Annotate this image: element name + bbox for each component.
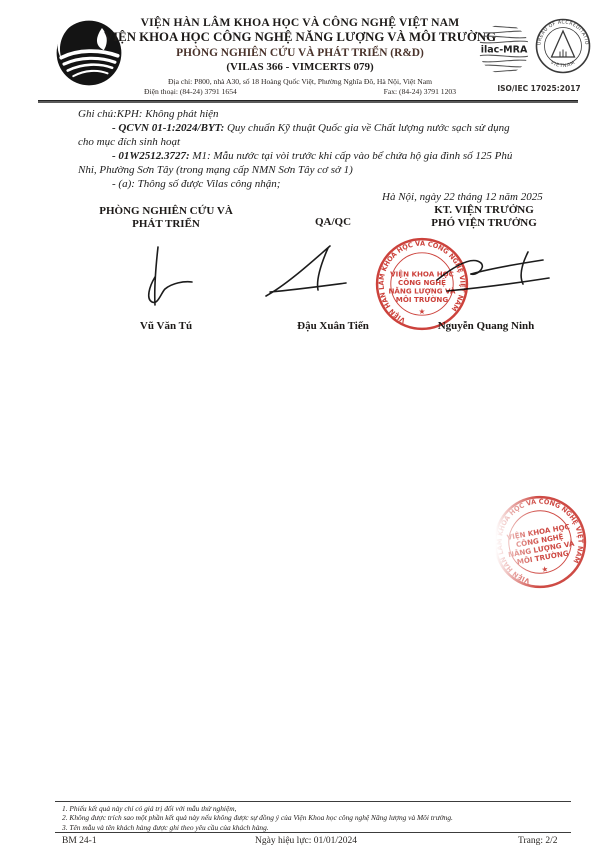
- note-sample-code: - 01W2512.3727:: [112, 150, 190, 162]
- ilac-mra-icon: ilac-MRA: [478, 23, 530, 75]
- signer-title-director: KT. VIỆN TRƯỞNG PHÓ VIỆN TRƯỞNG: [420, 204, 548, 229]
- org-name-academy: VIỆN HÀN LÂM KHOA HỌC VÀ CÔNG NGHỆ VIỆT …: [100, 16, 500, 30]
- signer-title-rnd-line1: PHÒNG NGHIÊN CỨU VÀ: [92, 205, 240, 218]
- stamp2-star-icon: ★: [541, 564, 549, 574]
- document-page: VIỆN HÀN LÂM KHOA HỌC VÀ CÔNG NGHỆ VIỆT …: [0, 0, 607, 857]
- signature-dau-xuan-tien: [258, 240, 353, 308]
- footnotes-divider: [55, 801, 571, 802]
- iso-standard-label: ISO/IEC 17025:2017: [487, 84, 591, 93]
- header-title-block: VIỆN HÀN LÂM KHOA HỌC VÀ CÔNG NGHỆ VIỆT …: [100, 16, 500, 97]
- signature-vu-van-tu: [128, 243, 208, 315]
- boa-vietnam-seal-icon: BUREAU OF ACCREDITATION VIETNAM: [534, 16, 592, 76]
- address-line: Địa chỉ: P800, nhà A30, số 18 Hoàng Quốc…: [100, 78, 500, 87]
- svg-text:VIETNAM: VIETNAM: [549, 60, 576, 70]
- contact-line: Điện thoại: (84-24) 3791 1654 Fax: (84-2…: [144, 88, 456, 97]
- signer-name-qaqc: Đậu Xuân Tiến: [283, 320, 383, 332]
- org-name-institute: VIỆN KHOA HỌC CÔNG NGHỆ NĂNG LƯỢNG VÀ MÔ…: [100, 30, 500, 45]
- signer-title-director-line2: PHÓ VIỆN TRƯỞNG: [420, 217, 548, 230]
- stamp-star-icon: ★: [419, 307, 426, 316]
- accreditation-codes: (VILAS 366 - VIMCERTS 079): [100, 61, 500, 74]
- signer-title-director-line1: KT. VIỆN TRƯỞNG: [420, 204, 548, 217]
- footnote-2: 2. Không được trích sao một phần kết quả…: [62, 813, 572, 822]
- page-number: Trang: 2/2: [518, 836, 558, 846]
- signer-title-qaqc: QA/QC: [283, 216, 383, 229]
- signer-title-rnd: PHÒNG NGHIÊN CỨU VÀ PHÁT TRIỂN: [92, 205, 240, 230]
- note-qcvn: - QCVN 01-1:2024/BYT: Quy chuẩn Kỹ thuật…: [78, 122, 548, 136]
- phone-number: Điện thoại: (84-24) 3791 1654: [144, 88, 237, 97]
- ilac-mra-label: ilac-MRA: [481, 45, 528, 56]
- boa-ring-bottom-text: VIETNAM: [549, 60, 576, 70]
- stamp-center-line1: VIỆN KHOA HỌC: [390, 269, 454, 278]
- note-sample: - 01W2512.3727: M1: Mẫu nước tại vòi trư…: [78, 150, 548, 164]
- stamp-center-line2: CÔNG NGHỆ: [398, 278, 446, 287]
- note-sample-text: M1: Mẫu nước tại vòi trước khi cấp vào b…: [190, 150, 513, 162]
- footnotes: 1. Phiếu kết quả này chỉ có giá trị đối …: [62, 804, 572, 832]
- stamp-center-line3: NĂNG LƯỢNG VÀ: [388, 287, 456, 296]
- notes-section: Ghi chú:KPH: Không phát hiện - QCVN 01-1…: [78, 108, 548, 191]
- signer-name-rnd: Vũ Văn Tú: [92, 320, 240, 332]
- fax-number: Fax: (84-24) 3791 1203: [384, 88, 456, 97]
- note-qcvn-wrap: cho mục đích sinh hoạt: [78, 136, 548, 150]
- note-qcvn-text: Quy chuẩn Kỹ thuật Quốc gia về Chất lượn…: [224, 122, 509, 134]
- note-vilas: - (a): Thông số được Vilas công nhận;: [78, 178, 548, 192]
- note-kph: Ghi chú:KPH: Không phát hiện: [78, 108, 548, 122]
- signer-title-rnd-line2: PHÁT TRIỂN: [92, 218, 240, 231]
- date-place-line: Hà Nội, ngày 22 tháng 12 năm 2025: [382, 191, 543, 203]
- header-divider: [38, 100, 578, 103]
- note-qcvn-code: - QCVN 01-1:2024/BYT:: [112, 122, 224, 134]
- footnote-3: 3. Tên mẫu và tên khách hàng được ghi th…: [62, 823, 572, 832]
- signer-name-director: Nguyễn Quang Ninh: [420, 320, 552, 332]
- footnote-1: 1. Phiếu kết quả này chỉ có giá trị đối …: [62, 804, 572, 813]
- red-stamp-partial: VIỆN HÀN LÂM KHOA HỌC VÀ CÔNG NGHỆ VIỆT …: [484, 486, 595, 597]
- form-code: BM 24-1: [62, 836, 97, 846]
- effective-date: Ngày hiệu lực: 01/01/2024: [255, 836, 357, 846]
- red-stamp-signature: VIỆN HÀN LÂM KHOA HỌC VÀ CÔNG NGHỆ VIỆT …: [374, 236, 470, 332]
- note-sample-wrap: Nhi, Phường Sơn Tây (trong mạng cấp NMN …: [78, 164, 548, 178]
- stamp-center-line4: MÔI TRƯỜNG: [396, 295, 449, 304]
- department-name: PHÒNG NGHIÊN CỨU VÀ PHÁT TRIỂN (R&D): [100, 47, 500, 60]
- footer-divider: [55, 832, 571, 833]
